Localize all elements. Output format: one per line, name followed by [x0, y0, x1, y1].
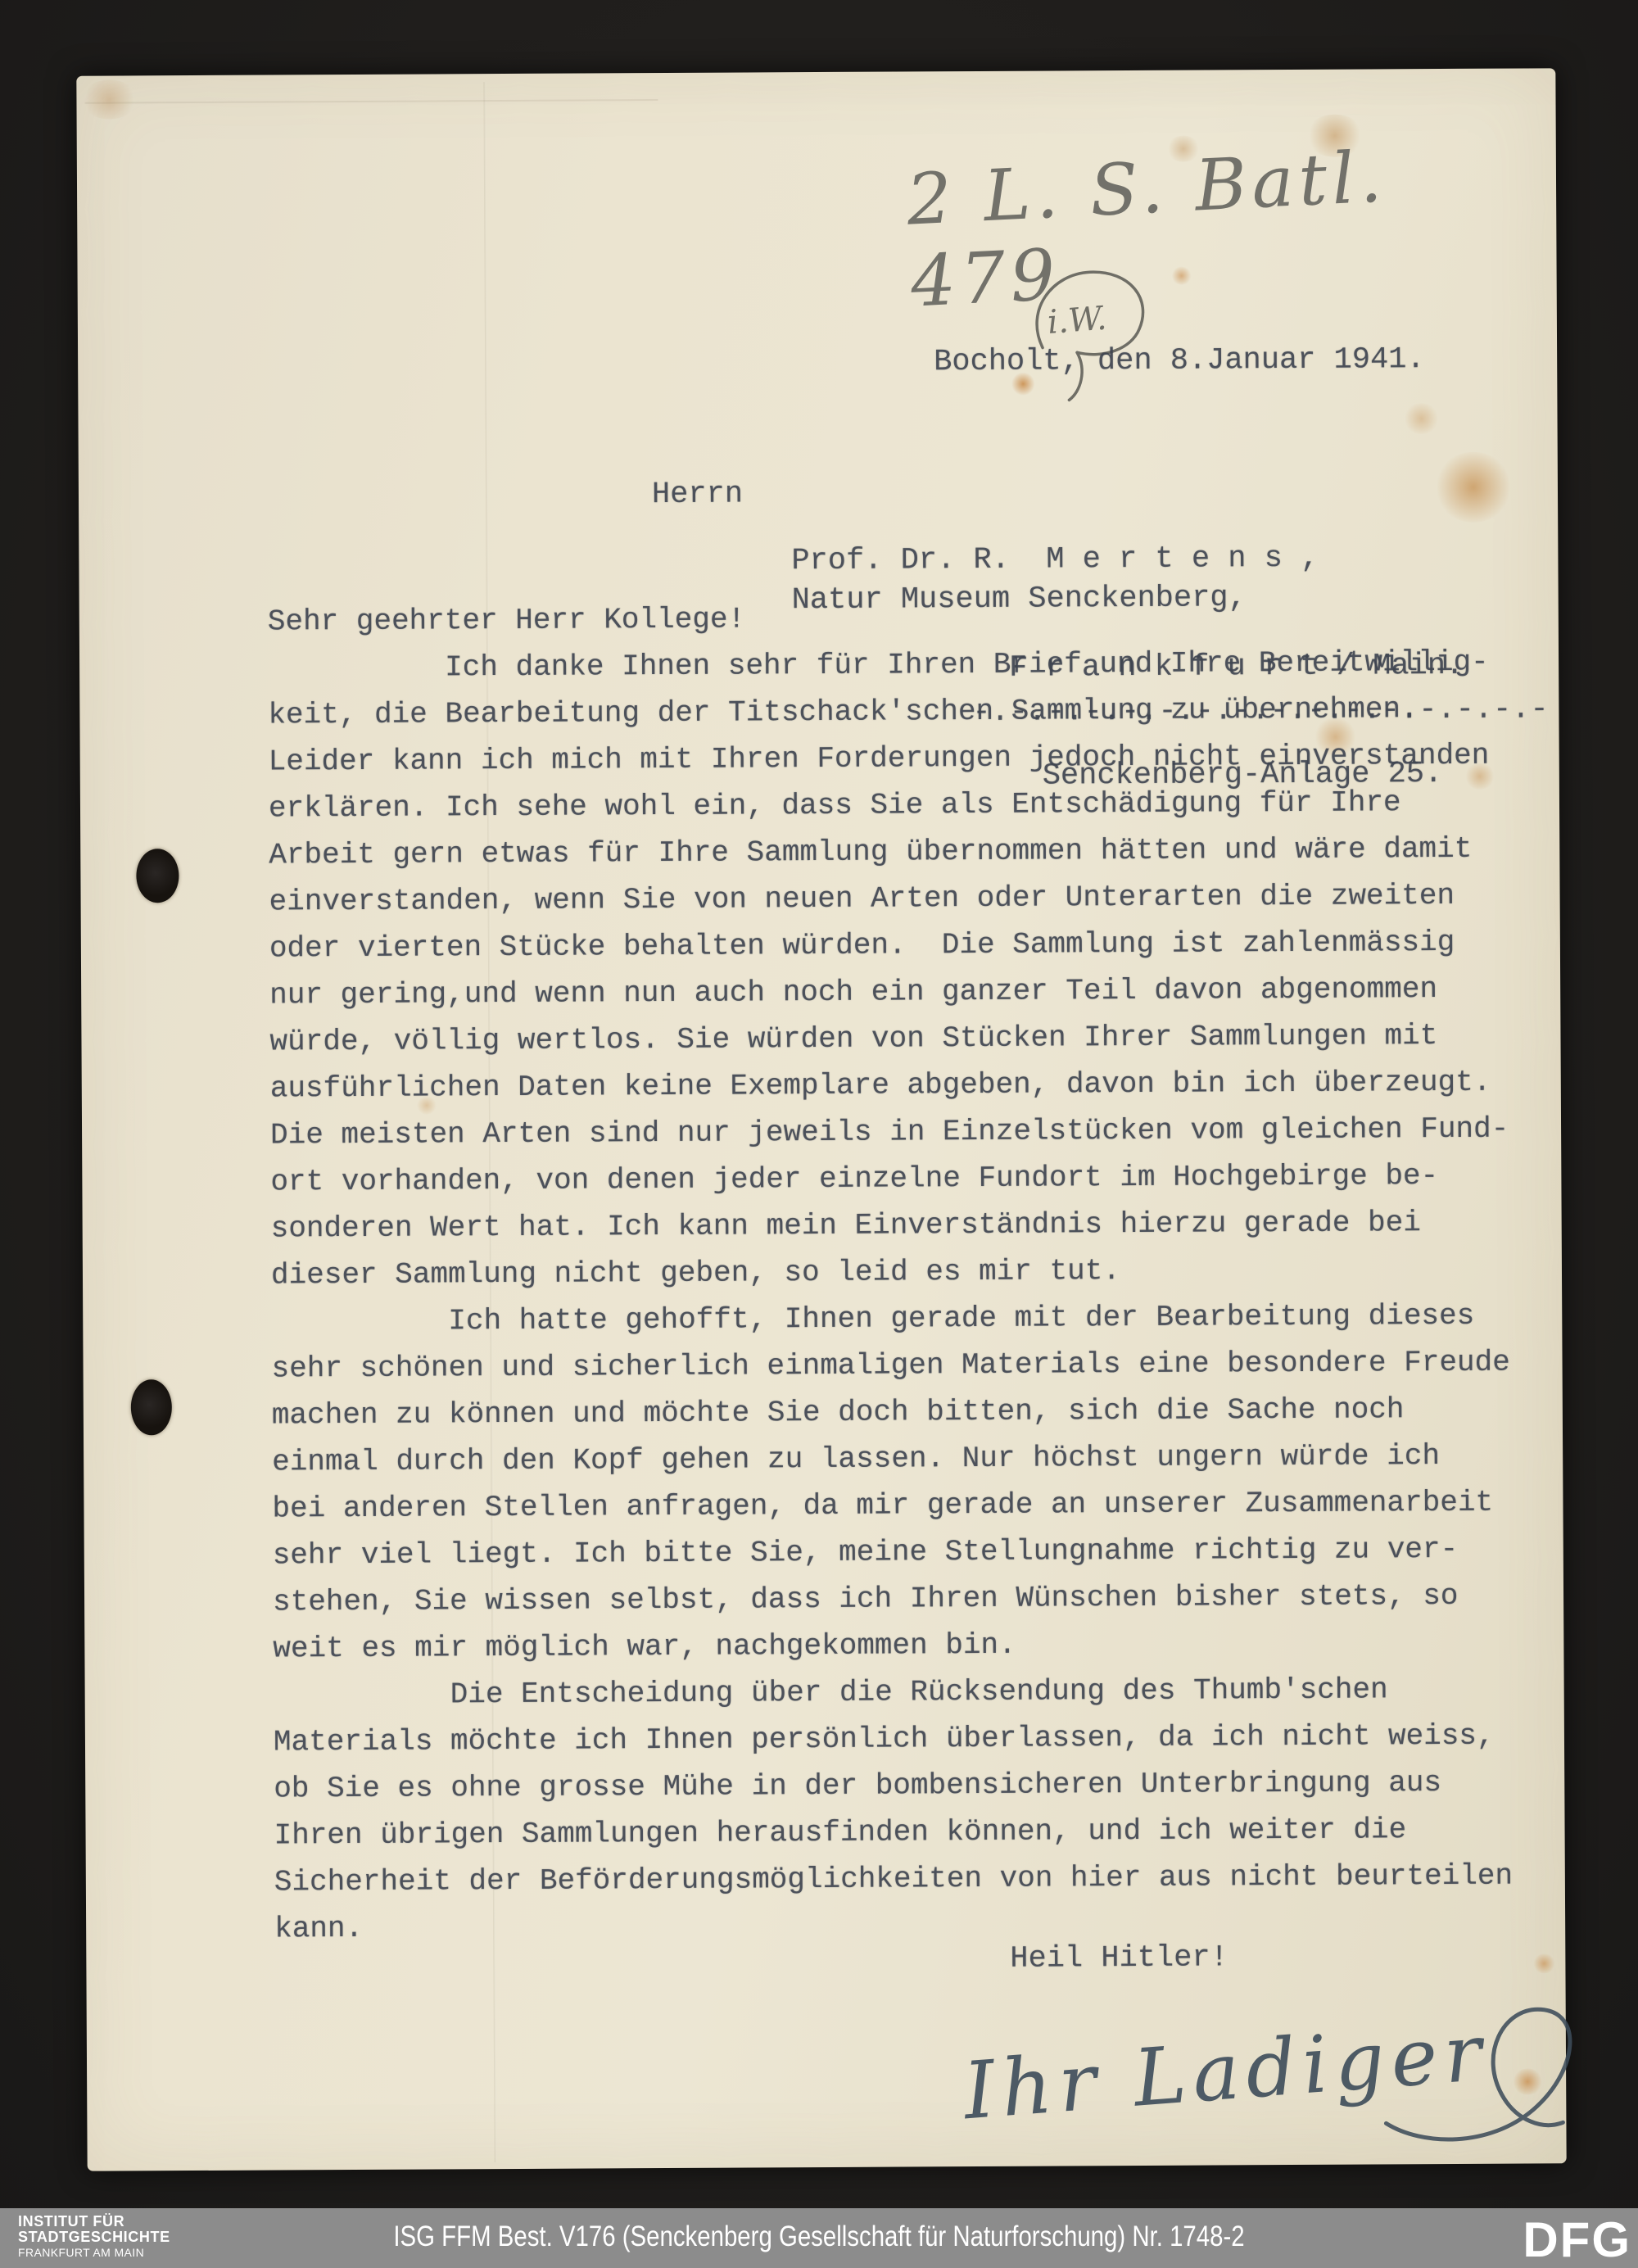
letter-line: Leider kann ich mich mit Ihren Forderung…: [269, 738, 1579, 791]
letter-line: Ihren übrigen Sammlungen herausfinden kö…: [274, 1812, 1584, 1865]
fold-crease-horizontal: [84, 99, 658, 104]
archive-footer: INSTITUT FÜR STADTGESCHICHTE FRANKFURT A…: [0, 2208, 1638, 2268]
letter-line: keit, die Bearbeitung der Titschack'sche…: [268, 691, 1578, 745]
letter-line: dieser Sammlung nicht geben, so leid es …: [271, 1252, 1581, 1305]
recipient-name: Prof. Dr. R. M e r t e n s ,: [791, 541, 1319, 578]
letter-line: Ich danke Ihnen sehr für Ihren Brief und…: [268, 645, 1578, 698]
letter-line: sehr viel liegt. Ich bitte Sie, meine St…: [273, 1532, 1583, 1585]
iw-text: i.W.: [1046, 300, 1108, 342]
archive-reference: ISG FFM Best. V176 (Senckenberg Gesellsc…: [393, 2220, 1244, 2253]
letter-line: Ich hatte gehofft, Ihnen gerade mit der …: [271, 1298, 1581, 1351]
recipient-herrn: Herrn: [652, 477, 743, 512]
signature-flourish-icon: [1380, 1976, 1610, 2182]
handwritten-iw-mark: i.W.: [1011, 259, 1168, 407]
letter-line: nur gering,und wenn nun auch noch ein ga…: [269, 971, 1580, 1025]
letter-line: Die meisten Arten sind nur jeweils in Ei…: [270, 1111, 1581, 1165]
letter-line: würde, völlig wertlos. Sie würden von St…: [269, 1018, 1580, 1071]
letter-line: sonderen Wert hat. Ich kann mein Einvers…: [271, 1205, 1581, 1258]
dateline: Bocholt, den 8.Januar 1941.: [934, 342, 1425, 379]
signature: Ihr Ladiger: [955, 1976, 1611, 2209]
closing-salute: Heil Hitler!: [1010, 1940, 1228, 1976]
letter-body: Ich danke Ihnen sehr für Ihren Brief und…: [268, 645, 1585, 1958]
letter-line: Materials möchte ich Ihnen persönlich üb…: [274, 1718, 1584, 1772]
letter-line: ausführlichen Daten keine Exemplare abge…: [270, 1065, 1581, 1118]
punch-hole-bottom: [131, 1379, 172, 1435]
institute-line2: STADTGESCHICHTE: [18, 2230, 170, 2245]
institute-logo: INSTITUT FÜR STADTGESCHICHTE FRANKFURT A…: [18, 2214, 170, 2258]
letter-line: sehr schönen und sicherlich einmaligen M…: [271, 1345, 1581, 1398]
letter-line: einmal durch den Kopf gehen zu lassen. N…: [272, 1438, 1582, 1492]
letter-page: 2 L. S. Batl. 479 i.W. Bocholt, den 8.Ja…: [76, 68, 1566, 2171]
foxing-stain: [1434, 452, 1513, 523]
letter-line: erklären. Ich sehe wohl ein, dass Sie al…: [269, 785, 1579, 838]
foxing-stain: [1403, 403, 1439, 434]
dfg-logo: DFG: [1523, 2211, 1631, 2268]
letter-line: machen zu können und möchte Sie doch bit…: [272, 1392, 1582, 1445]
letter-line: bei anderen Stellen anfragen, da mir ger…: [272, 1485, 1582, 1538]
letter-line: stehen, Sie wissen selbst, dass ich Ihre…: [273, 1578, 1583, 1632]
letter-line: ob Sie es ohne grosse Mühe in der bomben…: [274, 1765, 1584, 1818]
scan-viewer: 2 L. S. Batl. 479 i.W. Bocholt, den 8.Ja…: [0, 0, 1638, 2268]
salutation: Sehr geehrter Herr Kollege!: [268, 602, 746, 638]
institute-line3: FRANKFURT AM MAIN: [18, 2247, 170, 2259]
letter-line: oder vierten Stücke behalten würden. Die…: [269, 925, 1580, 978]
institute-line1: INSTITUT FÜR: [18, 2214, 170, 2230]
letter-line: kann.: [274, 1905, 1585, 1958]
recipient-museum: Natur Museum Senckenberg,: [792, 581, 1247, 618]
handwritten-annotation: 2 L. S. Batl. 479: [905, 128, 1560, 323]
foxing-stain: [80, 79, 138, 119]
letter-line: weit es mir möglich war, nachgekommen bi…: [273, 1625, 1583, 1678]
letter-line: ort vorhanden, von denen jeder einzelne …: [270, 1158, 1581, 1211]
punch-hole-top: [136, 849, 179, 903]
letter-line: Sicherheit der Beförderungsmöglichkeiten…: [274, 1858, 1585, 1912]
letter-line: einverstanden, wenn Sie von neuen Arten …: [269, 878, 1579, 931]
letter-line: Die Entscheidung über die Rücksendung de…: [274, 1672, 1584, 1725]
letter-line: Arbeit gern etwas für Ihre Sammlung über…: [269, 831, 1579, 885]
foxing-stain: [1532, 1953, 1555, 1973]
